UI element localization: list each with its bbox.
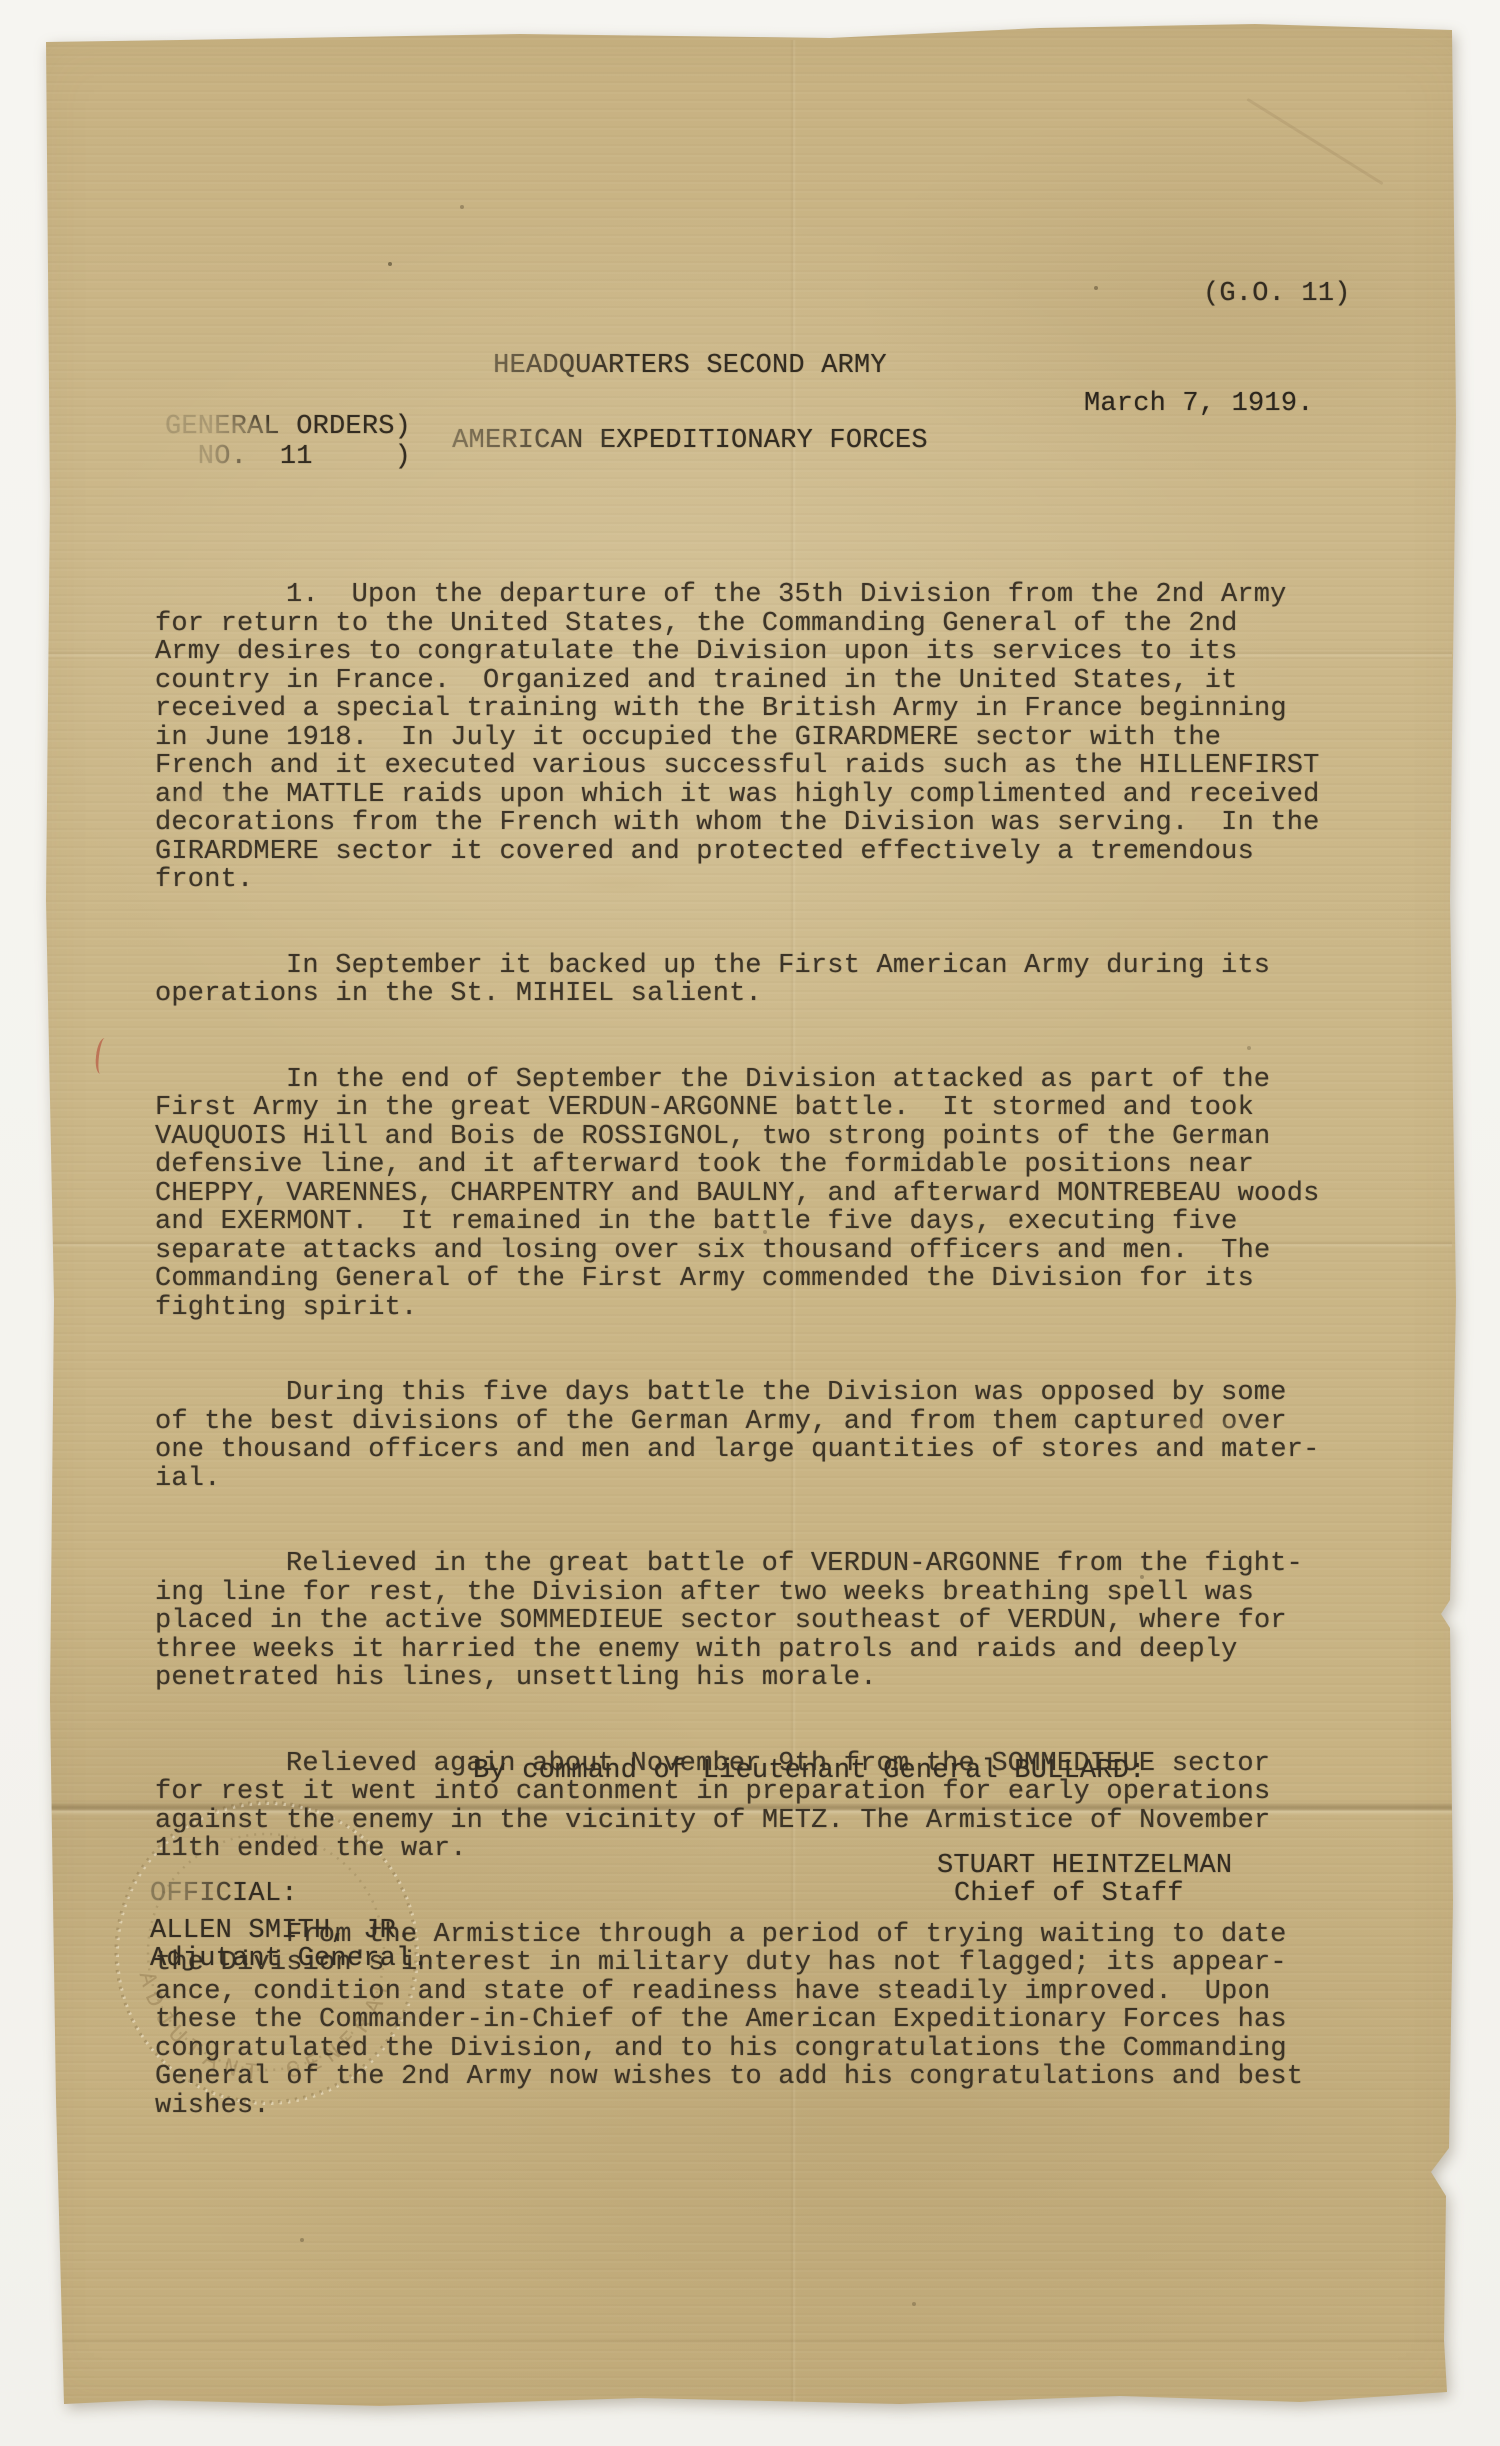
signature-title: Chief of Staff — [954, 1880, 1184, 1909]
general-order-number: (G.O. 11) — [1203, 280, 1351, 309]
paragraph-2: In September it backed up the First Amer… — [155, 952, 1435, 1009]
embossed-adjutant-general-seal: ADJUTANT GENERAL — [92, 1778, 440, 2126]
signature-name: STUART HEINTZELMAN — [937, 1852, 1232, 1881]
red-pen-mark — [94, 1037, 111, 1074]
paragraph-7: From the Armistice through a period of t… — [155, 1921, 1435, 2121]
letterhead-line1: HEADQUARTERS SECOND ARMY — [440, 354, 940, 379]
fold-crease-bottom — [48, 2338, 1452, 2344]
seal-arc-text: ADJUTANT GENERAL — [132, 1969, 401, 2089]
adjutant-title: Adjutant General. — [150, 1945, 429, 1974]
fold-crease-upper — [48, 650, 1452, 658]
paper-shadow: ADJUTANT GENERAL (G.O. 11) HEADQUARTERS … — [0, 0, 1500, 2446]
letterhead-line2: AMERICAN EXPEDITIONARY FORCES — [440, 429, 940, 454]
general-orders-label: GENERAL ORDERS) NO. 11 ) — [165, 412, 411, 472]
letterhead: HEADQUARTERS SECOND ARMY AMERICAN EXPEDI… — [440, 304, 940, 504]
fold-crease-vertical — [790, 40, 796, 2402]
letter-body: 1. Upon the departure of the 35th Divisi… — [155, 524, 1435, 2177]
paragraph-4: During this five days battle the Divisio… — [155, 1379, 1435, 1493]
paragraph-6: Relieved again about November 9th from t… — [155, 1750, 1435, 1864]
fold-crease-lower — [48, 1802, 1452, 1816]
paragraph-3: In the end of September the Division att… — [155, 1066, 1435, 1323]
scanned-letter-page: ADJUTANT GENERAL (G.O. 11) HEADQUARTERS … — [0, 0, 1500, 2446]
svg-text:ADJUTANT GENERAL: ADJUTANT GENERAL — [132, 1969, 401, 2089]
paragraph-5: Relieved in the great battle of VERDUN-A… — [155, 1550, 1435, 1693]
command-line: By command of Lieutenant General BULLARD… — [473, 1757, 1146, 1786]
date-line: March 7, 1919. — [1084, 390, 1314, 419]
corner-crease — [1246, 98, 1383, 185]
ink-wear-overlay — [0, 0, 1500, 2446]
paper-specks — [388, 262, 392, 266]
fold-crease-middle — [48, 1240, 1452, 1248]
document-paper: ADJUTANT GENERAL (G.O. 11) HEADQUARTERS … — [0, 0, 1500, 2446]
paragraph-1: 1. Upon the departure of the 35th Divisi… — [155, 581, 1435, 895]
adjutant-name: ALLEN SMITH, JR. — [150, 1917, 412, 1946]
official-label: OFFICIAL: — [150, 1880, 298, 1909]
